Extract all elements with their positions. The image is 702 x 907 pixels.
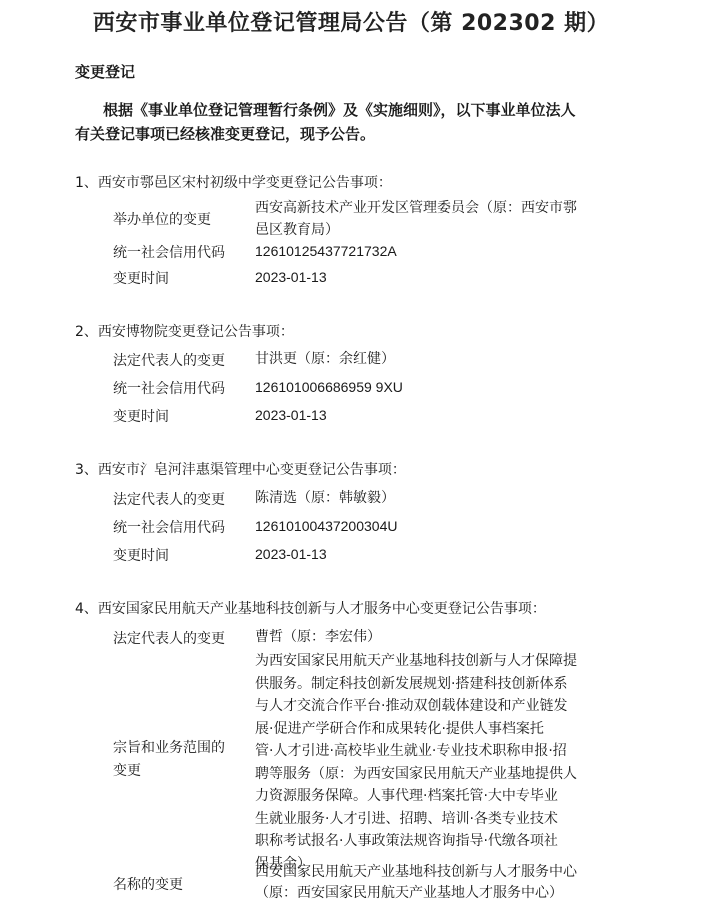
field-value-line: 管·人才引进·高校毕业生就业·专业技术职称申报·招 <box>255 740 655 763</box>
field-label: 变更时间 <box>113 268 169 288</box>
field-value: 曹哲（原：李宏伟） <box>255 626 655 648</box>
field-label-line: 宗旨和业务范围的 <box>113 737 258 760</box>
field-value: 2023-01-13 <box>255 266 655 288</box>
section-heading: 变更登记 <box>75 61 135 82</box>
intro-line-1: 根据《事业单位登记管理暂行条例》及《实施细则》，以下事业单位法人 <box>75 98 635 122</box>
item-heading-1: 1、西安市鄠邑区宋村初级中学变更登记公告事项： <box>75 172 392 192</box>
field-value-line: 职称考试报名·人事政策法规咨询指导·代缴各项社 <box>255 830 655 853</box>
field-value-line: 展·促进产学研合作和成果转化·提供人事档案托 <box>255 718 655 741</box>
field-value: 西安国家民用航天产业基地科技创新与人才服务中心 （原：西安国家民用航天产业基地人… <box>255 862 655 904</box>
field-value: 2023-01-13 <box>255 543 655 565</box>
field-label: 法定代表人的变更 <box>113 350 225 370</box>
field-value: 甘洪更（原：余红健） <box>255 348 655 370</box>
field-value: 西安高新技术产业开发区管理委员会（原：西安市鄠 邑区教育局） <box>255 197 655 241</box>
intro-paragraph: 根据《事业单位登记管理暂行条例》及《实施细则》，以下事业单位法人 有关登记事项已… <box>75 98 635 146</box>
field-label: 法定代表人的变更 <box>113 489 225 509</box>
item-heading-4: 4、西安国家民用航天产业基地科技创新与人才服务中心变更登记公告事项： <box>75 598 546 618</box>
field-value: 为西安国家民用航天产业基地科技创新与人才保障提 供服务。制定科技创新发展规划·搭… <box>255 650 655 875</box>
field-value-line: 邑区教育局） <box>255 219 655 241</box>
field-label: 统一社会信用代码 <box>113 242 225 262</box>
field-label: 变更时间 <box>113 545 169 565</box>
field-value: 2023-01-13 <box>255 404 655 426</box>
field-value-line: 聘等服务（原：为西安国家民用航天产业基地提供人 <box>255 763 655 786</box>
field-value-line: 西安高新技术产业开发区管理委员会（原：西安市鄠 <box>255 197 655 219</box>
field-label: 名称的变更 <box>113 874 183 894</box>
field-value-line: 与人才交流合作平台·推动双创载体建设和产业链发 <box>255 695 655 718</box>
field-label-line: 变更 <box>113 760 258 783</box>
field-label: 变更时间 <box>113 406 169 426</box>
field-label: 宗旨和业务范围的 变更 <box>113 737 258 782</box>
field-value: 126101006686959 9XU <box>255 376 655 398</box>
field-value-line: 西安国家民用航天产业基地科技创新与人才服务中心 <box>255 862 655 883</box>
field-label: 法定代表人的变更 <box>113 628 225 648</box>
field-value-line: 力资源服务保障。人事代理·档案托管·大中专毕业 <box>255 785 655 808</box>
field-label: 举办单位的变更 <box>113 209 211 229</box>
intro-line-2: 有关登记事项已经核准变更登记，现予公告。 <box>75 122 635 146</box>
field-value-line: （原：西安国家民用航天产业基地人才服务中心） <box>255 883 655 904</box>
item-heading-3: 3、西安市氵皂河沣惠渠管理中心变更登记公告事项： <box>75 459 406 479</box>
field-value: 12610125437721732A <box>255 240 655 262</box>
field-value-line: 供服务。制定科技创新发展规划·搭建科技创新体系 <box>255 673 655 696</box>
field-value-line: 生就业服务·人才引进、招聘、培训·各类专业技术 <box>255 808 655 831</box>
field-label: 统一社会信用代码 <box>113 378 225 398</box>
field-value: 12610100437200304U <box>255 515 655 537</box>
item-heading-2: 2、西安博物院变更登记公告事项： <box>75 321 294 341</box>
field-label: 统一社会信用代码 <box>113 517 225 537</box>
field-value: 陈清选（原：韩敏毅） <box>255 487 655 509</box>
field-value-line: 为西安国家民用航天产业基地科技创新与人才保障提 <box>255 650 655 673</box>
page-title: 西安市事业单位登记管理局公告（第 202302 期） <box>0 6 702 37</box>
